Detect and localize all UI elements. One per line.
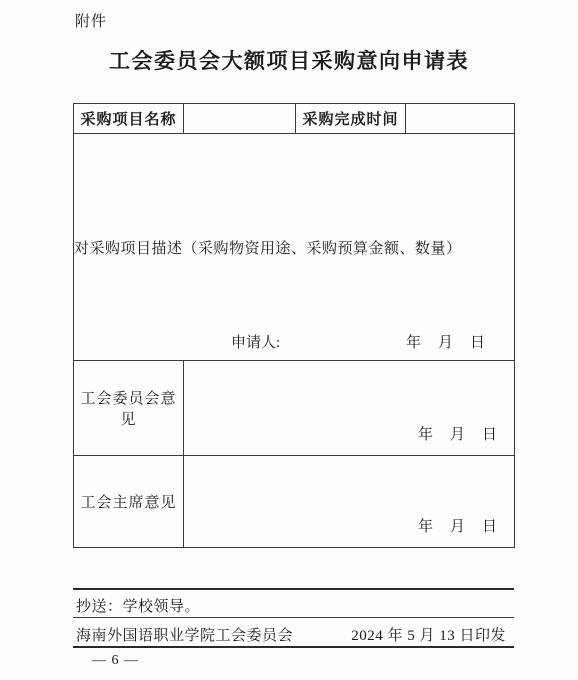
footer-rule-bottom: [73, 646, 514, 648]
applicant-label: 申请人:: [231, 331, 280, 352]
attachment-label: 附件: [75, 10, 107, 31]
completion-time-label-cell: 采购完成时间: [296, 104, 406, 134]
completion-time-value-cell: [406, 104, 515, 134]
table-row-description: 对采购项目描述（采购物资用途、采购预算金额、数量） 申请人: 年 月 日: [74, 134, 515, 361]
table-row-committee-opinion: 工会委员会意见 年 月 日: [74, 361, 515, 456]
issuer-row: 海南外国语职业学院工会委员会 2024 年 5 月 13 日印发: [76, 624, 506, 645]
issue-date: 2024 年 5 月 13 日印发: [351, 624, 506, 645]
project-description-cell: 对采购项目描述（采购物资用途、采购预算金额、数量） 申请人: 年 月 日: [74, 134, 515, 361]
committee-opinion-label-cell: 工会委员会意见: [74, 361, 184, 456]
page-number: — 6 —: [92, 653, 139, 669]
footer-rule-middle: [73, 617, 514, 618]
chairman-opinion-label-cell: 工会主席意见: [74, 456, 184, 548]
project-name-label-cell: 采购项目名称: [74, 104, 184, 134]
applicant-signature-line: 申请人: 年 月 日: [74, 331, 514, 352]
committee-date-placeholder: 年 月 日: [418, 423, 498, 444]
chairman-opinion-cell: 年 月 日: [184, 456, 515, 548]
issuer-name: 海南外国语职业学院工会委员会: [76, 624, 293, 645]
table-row-header: 采购项目名称 采购完成时间: [74, 104, 515, 134]
cc-line: 抄送：学校领导。: [76, 595, 200, 616]
footer-rule-top: [73, 588, 514, 590]
table-row-chairman-opinion: 工会主席意见 年 月 日: [74, 456, 515, 548]
chairman-date-placeholder: 年 月 日: [418, 515, 498, 536]
project-description-label: 对采购项目描述（采购物资用途、采购预算金额、数量）: [74, 237, 514, 258]
document-page: 附件 工会委员会大额项目采购意向申请表 采购项目名称 采购完成时间 对采购项目描…: [0, 0, 578, 680]
page-title: 工会委员会大额项目采购意向申请表: [0, 45, 578, 75]
committee-opinion-cell: 年 月 日: [184, 361, 515, 456]
application-form-table: 采购项目名称 采购完成时间 对采购项目描述（采购物资用途、采购预算金额、数量） …: [73, 103, 515, 548]
applicant-date-placeholder: 年 月 日: [406, 331, 486, 352]
project-name-value-cell: [184, 104, 296, 134]
